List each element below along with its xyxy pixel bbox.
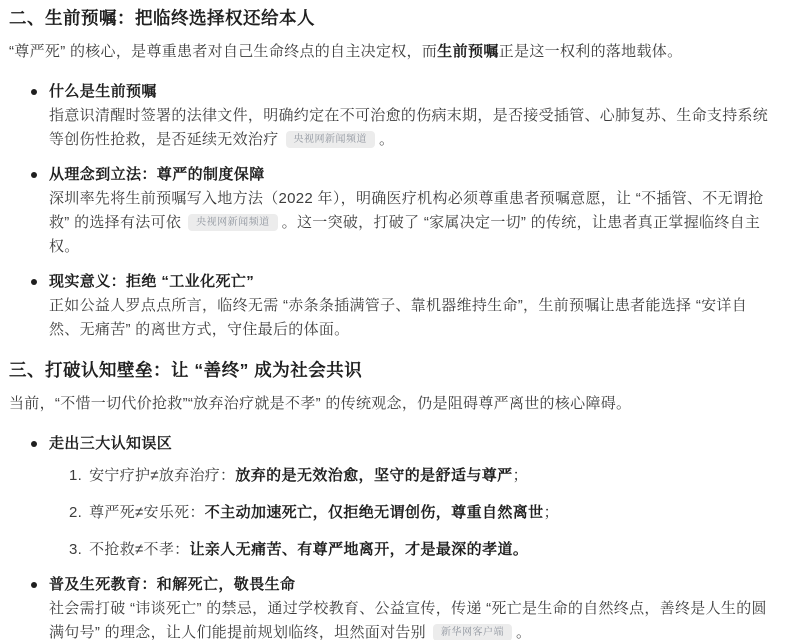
text-run: 正如公益人罗点点所言，临终无需 “赤条条插满管子、靠机器维持生命”，生前预嘱让患… xyxy=(49,297,747,338)
numbered-list: 1.安宁疗护≠放弃治疗：放弃的是无效治愈，坚守的是舒适与尊严；2.尊严死≠安乐死… xyxy=(49,464,771,562)
list-item-body: 正如公益人罗点点所言，临终无需 “赤条条插满管子、靠机器维持生命”，生前预嘱让患… xyxy=(49,294,771,342)
item-number: 2. xyxy=(69,504,82,521)
citation-badge[interactable]: 新华网客户端 xyxy=(433,624,512,640)
bold-text: 让亲人无痛苦、有尊严地离开，才是最深的孝道。 xyxy=(189,541,528,558)
numbered-item: 3.不抢救≠不孝：让亲人无痛苦、有尊严地离开，才是最深的孝道。 xyxy=(69,538,771,562)
text-run: 二、生前预嘱：把临终选择权还给本人 xyxy=(9,8,315,28)
citation-badge[interactable]: 央视网新闻频道 xyxy=(286,131,376,148)
numbered-item: 1.安宁疗护≠放弃治疗：放弃的是无效治愈，坚守的是舒适与尊严； xyxy=(69,464,771,488)
text-run: 正是这一权利的落地载体。 xyxy=(499,43,683,60)
list-item-title: 走出三大认知误区 xyxy=(49,432,771,456)
text-run: 指意识清醒时签署的法律文件，明确约定在不可治愈的伤病末期，是否接受插管、心肺复苏… xyxy=(49,107,768,148)
list-item-body: 指意识清醒时签署的法律文件，明确约定在不可治愈的伤病末期，是否接受插管、心肺复苏… xyxy=(49,104,771,152)
text-run: 当前，“不惜一切代价抢救”“放弃治疗就是不孝” 的传统观念，仍是阻碍尊严离世的核… xyxy=(9,395,631,412)
list-item-body: 社会需打破 “讳谈死亡” 的禁忌，通过学校教育、公益宣传，传递 “死亡是生命的自… xyxy=(49,597,771,640)
text-run: 。 xyxy=(516,624,531,640)
list-item: 什么是生前预嘱指意识清醒时签署的法律文件，明确约定在不可治愈的伤病末期，是否接受… xyxy=(31,80,771,152)
text-run: 安宁疗护≠放弃治疗： xyxy=(89,467,235,484)
text-run: 尊严死≠安乐死： xyxy=(89,504,205,521)
text-run: ； xyxy=(544,504,559,521)
bold-text: 放弃的是无效治愈，坚守的是舒适与尊严 xyxy=(235,467,512,484)
list-item: 普及生死教育：和解死亡，敬畏生命社会需打破 “讳谈死亡” 的禁忌，通过学校教育、… xyxy=(31,573,771,640)
list-item: 现实意义：拒绝 “工业化死亡”正如公益人罗点点所言，临终无需 “赤条条插满管子、… xyxy=(31,270,771,342)
section-heading: 二、生前预嘱：把临终选择权还给本人 xyxy=(9,6,771,30)
list-item: 从理念到立法：尊严的制度保障深圳率先将生前预嘱写入地方法（2022 年），明确医… xyxy=(31,163,771,259)
list-item-title: 普及生死教育：和解死亡，敬畏生命 xyxy=(49,573,771,597)
bullet-list: 什么是生前预嘱指意识清醒时签署的法律文件，明确约定在不可治愈的伤病末期，是否接受… xyxy=(9,80,771,342)
section-heading: 三、打破认知壁垒：让 “善终” 成为社会共识 xyxy=(9,358,771,382)
item-number: 1. xyxy=(69,467,82,484)
numbered-item: 2.尊严死≠安乐死：不主动加速死亡，仅拒绝无谓创伤，尊重自然离世； xyxy=(69,501,771,525)
citation-badge[interactable]: 央视网新闻频道 xyxy=(188,214,278,231)
list-item-title: 现实意义：拒绝 “工业化死亡” xyxy=(49,270,771,294)
item-number: 3. xyxy=(69,541,82,558)
list-item-body: 深圳率先将生前预嘱写入地方法（2022 年），明确医疗机构必须尊重患者预嘱意愿，… xyxy=(49,187,771,259)
text-run: 社会需打破 “讳谈死亡” 的禁忌，通过学校教育、公益宣传，传递 “死亡是生命的自… xyxy=(49,600,767,640)
paragraph: 当前，“不惜一切代价抢救”“放弃治疗就是不孝” 的传统观念，仍是阻碍尊严离世的核… xyxy=(9,392,771,416)
text-run: 三、打破认知壁垒：让 “善终” 成为社会共识 xyxy=(9,360,362,380)
bold-text: 不主动加速死亡，仅拒绝无谓创伤，尊重自然离世 xyxy=(205,504,544,521)
text-run: 不抢救≠不孝： xyxy=(89,541,189,558)
bullet-list: 走出三大认知误区1.安宁疗护≠放弃治疗：放弃的是无效治愈，坚守的是舒适与尊严；2… xyxy=(9,432,771,640)
list-item-title: 什么是生前预嘱 xyxy=(49,80,771,104)
text-run: ； xyxy=(513,467,528,484)
list-item-title: 从理念到立法：尊严的制度保障 xyxy=(49,163,771,187)
list-item: 走出三大认知误区1.安宁疗护≠放弃治疗：放弃的是无效治愈，坚守的是舒适与尊严；2… xyxy=(31,432,771,562)
bold-text: 生前预嘱 xyxy=(437,43,499,60)
text-run: 。 xyxy=(379,131,394,148)
text-run: “尊严死” 的核心，是尊重患者对自己生命终点的自主决定权，而 xyxy=(9,43,437,60)
document: 二、生前预嘱：把临终选择权还给本人“尊严死” 的核心，是尊重患者对自己生命终点的… xyxy=(0,0,787,640)
paragraph: “尊严死” 的核心，是尊重患者对自己生命终点的自主决定权，而生前预嘱正是这一权利… xyxy=(9,40,771,64)
